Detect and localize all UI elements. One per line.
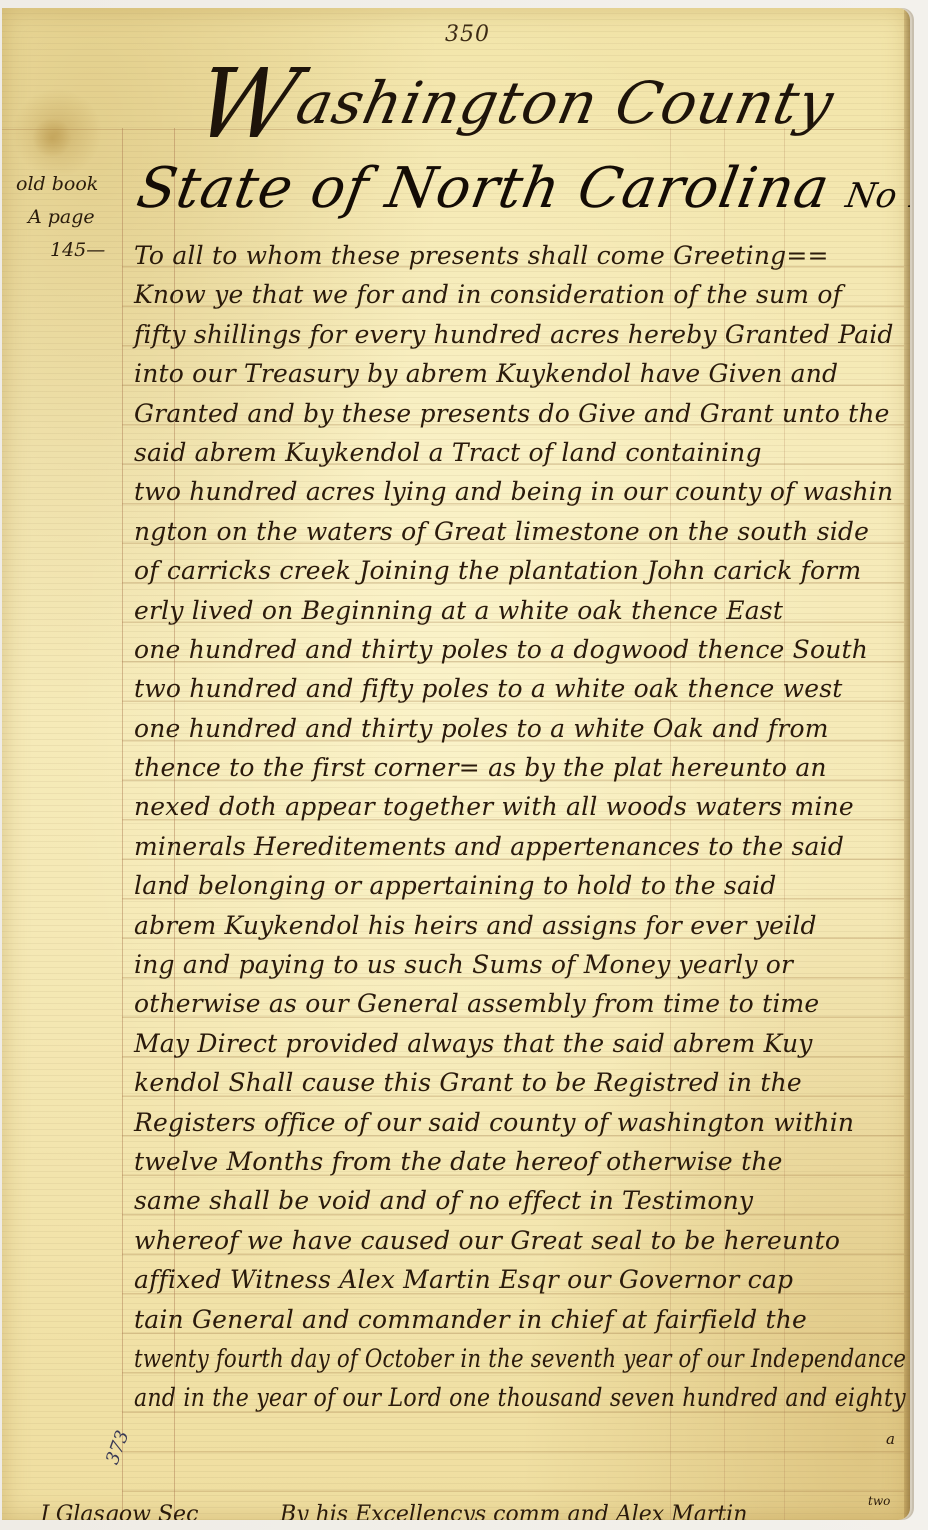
grant-number: No 148= [843, 176, 910, 216]
text-line: twelve Months from the date hereof other… [134, 1142, 906, 1181]
text-line: May Direct provided always that the said… [134, 1024, 906, 1063]
pencil-side-number: 373 [102, 1428, 133, 1467]
county-heading: Washington County [186, 48, 844, 160]
manuscript-page: 350 Washington County State of North Car… [2, 8, 910, 1520]
text-line: Granted and by these presents do Give an… [134, 394, 906, 433]
superscript-two: two [868, 1494, 890, 1508]
text-line: nexed doth appear together with all wood… [134, 787, 906, 826]
text-line: two hundred and fifty poles to a white o… [134, 669, 906, 708]
text-line: one hundred and thirty poles to a white … [134, 709, 906, 748]
text-line: abrem Kuykendol his heirs and assigns fo… [134, 906, 906, 945]
text-line: ngton on the waters of Great limestone o… [134, 512, 906, 551]
text-line: erly lived on Beginning at a white oak t… [134, 591, 906, 630]
text-line: Registers office of our said county of w… [134, 1103, 906, 1142]
grant-body-text: To all to whom these presents shall come… [134, 236, 906, 1418]
superscript-a: a [886, 1430, 895, 1448]
state-heading-text: State of North Carolina [132, 156, 834, 221]
county-heading-text: ashington County [291, 69, 840, 137]
text-line: two hundred acres lying and being in our… [134, 472, 906, 511]
text-line: minerals Hereditements and appertenances… [134, 827, 906, 866]
secretary-signature: J Glasgow Sec [40, 1502, 198, 1520]
text-line: affixed Witness Alex Martin Esqr our Gov… [134, 1260, 906, 1299]
text-line: To all to whom these presents shall come… [134, 236, 906, 275]
governor-attestation: By his Excellencys comm and Alex Martin [280, 1502, 747, 1520]
text-line: ing and paying to us such Sums of Money … [134, 945, 906, 984]
margin-note: old book A page 145— [16, 168, 122, 267]
text-line: whereof we have caused our Great seal to… [134, 1221, 906, 1260]
text-line: otherwise as our General assembly from t… [134, 984, 906, 1023]
text-line: tain General and commander in chief at f… [134, 1300, 906, 1339]
text-line: land belonging or appertaining to hold t… [134, 866, 906, 905]
page-number: 350 [445, 22, 490, 47]
margin-note-line: old book [16, 168, 122, 201]
text-line: twenty fourth day of October in the seve… [134, 1339, 793, 1378]
text-line: and in the year of our Lord one thousand… [134, 1378, 817, 1417]
text-line: one hundred and thirty poles to a dogwoo… [134, 630, 906, 669]
age-stain [32, 118, 72, 158]
text-line: kendol Shall cause this Grant to be Regi… [134, 1063, 906, 1102]
text-line: thence to the first corner= as by the pl… [134, 748, 906, 787]
margin-rule-line [122, 128, 123, 1520]
text-line: into our Treasury by abrem Kuykendol hav… [134, 354, 906, 393]
county-heading-initial: W [186, 48, 309, 160]
text-line: fifty shillings for every hundred acres … [134, 315, 906, 354]
scan-background: 350 Washington County State of North Car… [0, 0, 928, 1530]
state-heading: State of North Carolina No 148= [132, 156, 910, 221]
text-line: Know ye that we for and in consideration… [134, 275, 906, 314]
margin-note-line: A page [16, 201, 122, 234]
margin-note-line: 145— [16, 234, 122, 267]
text-line: said abrem Kuykendol a Tract of land con… [134, 433, 906, 472]
text-line: of carricks creek Joining the plantation… [134, 551, 906, 590]
text-line: same shall be void and of no effect in T… [134, 1181, 906, 1220]
